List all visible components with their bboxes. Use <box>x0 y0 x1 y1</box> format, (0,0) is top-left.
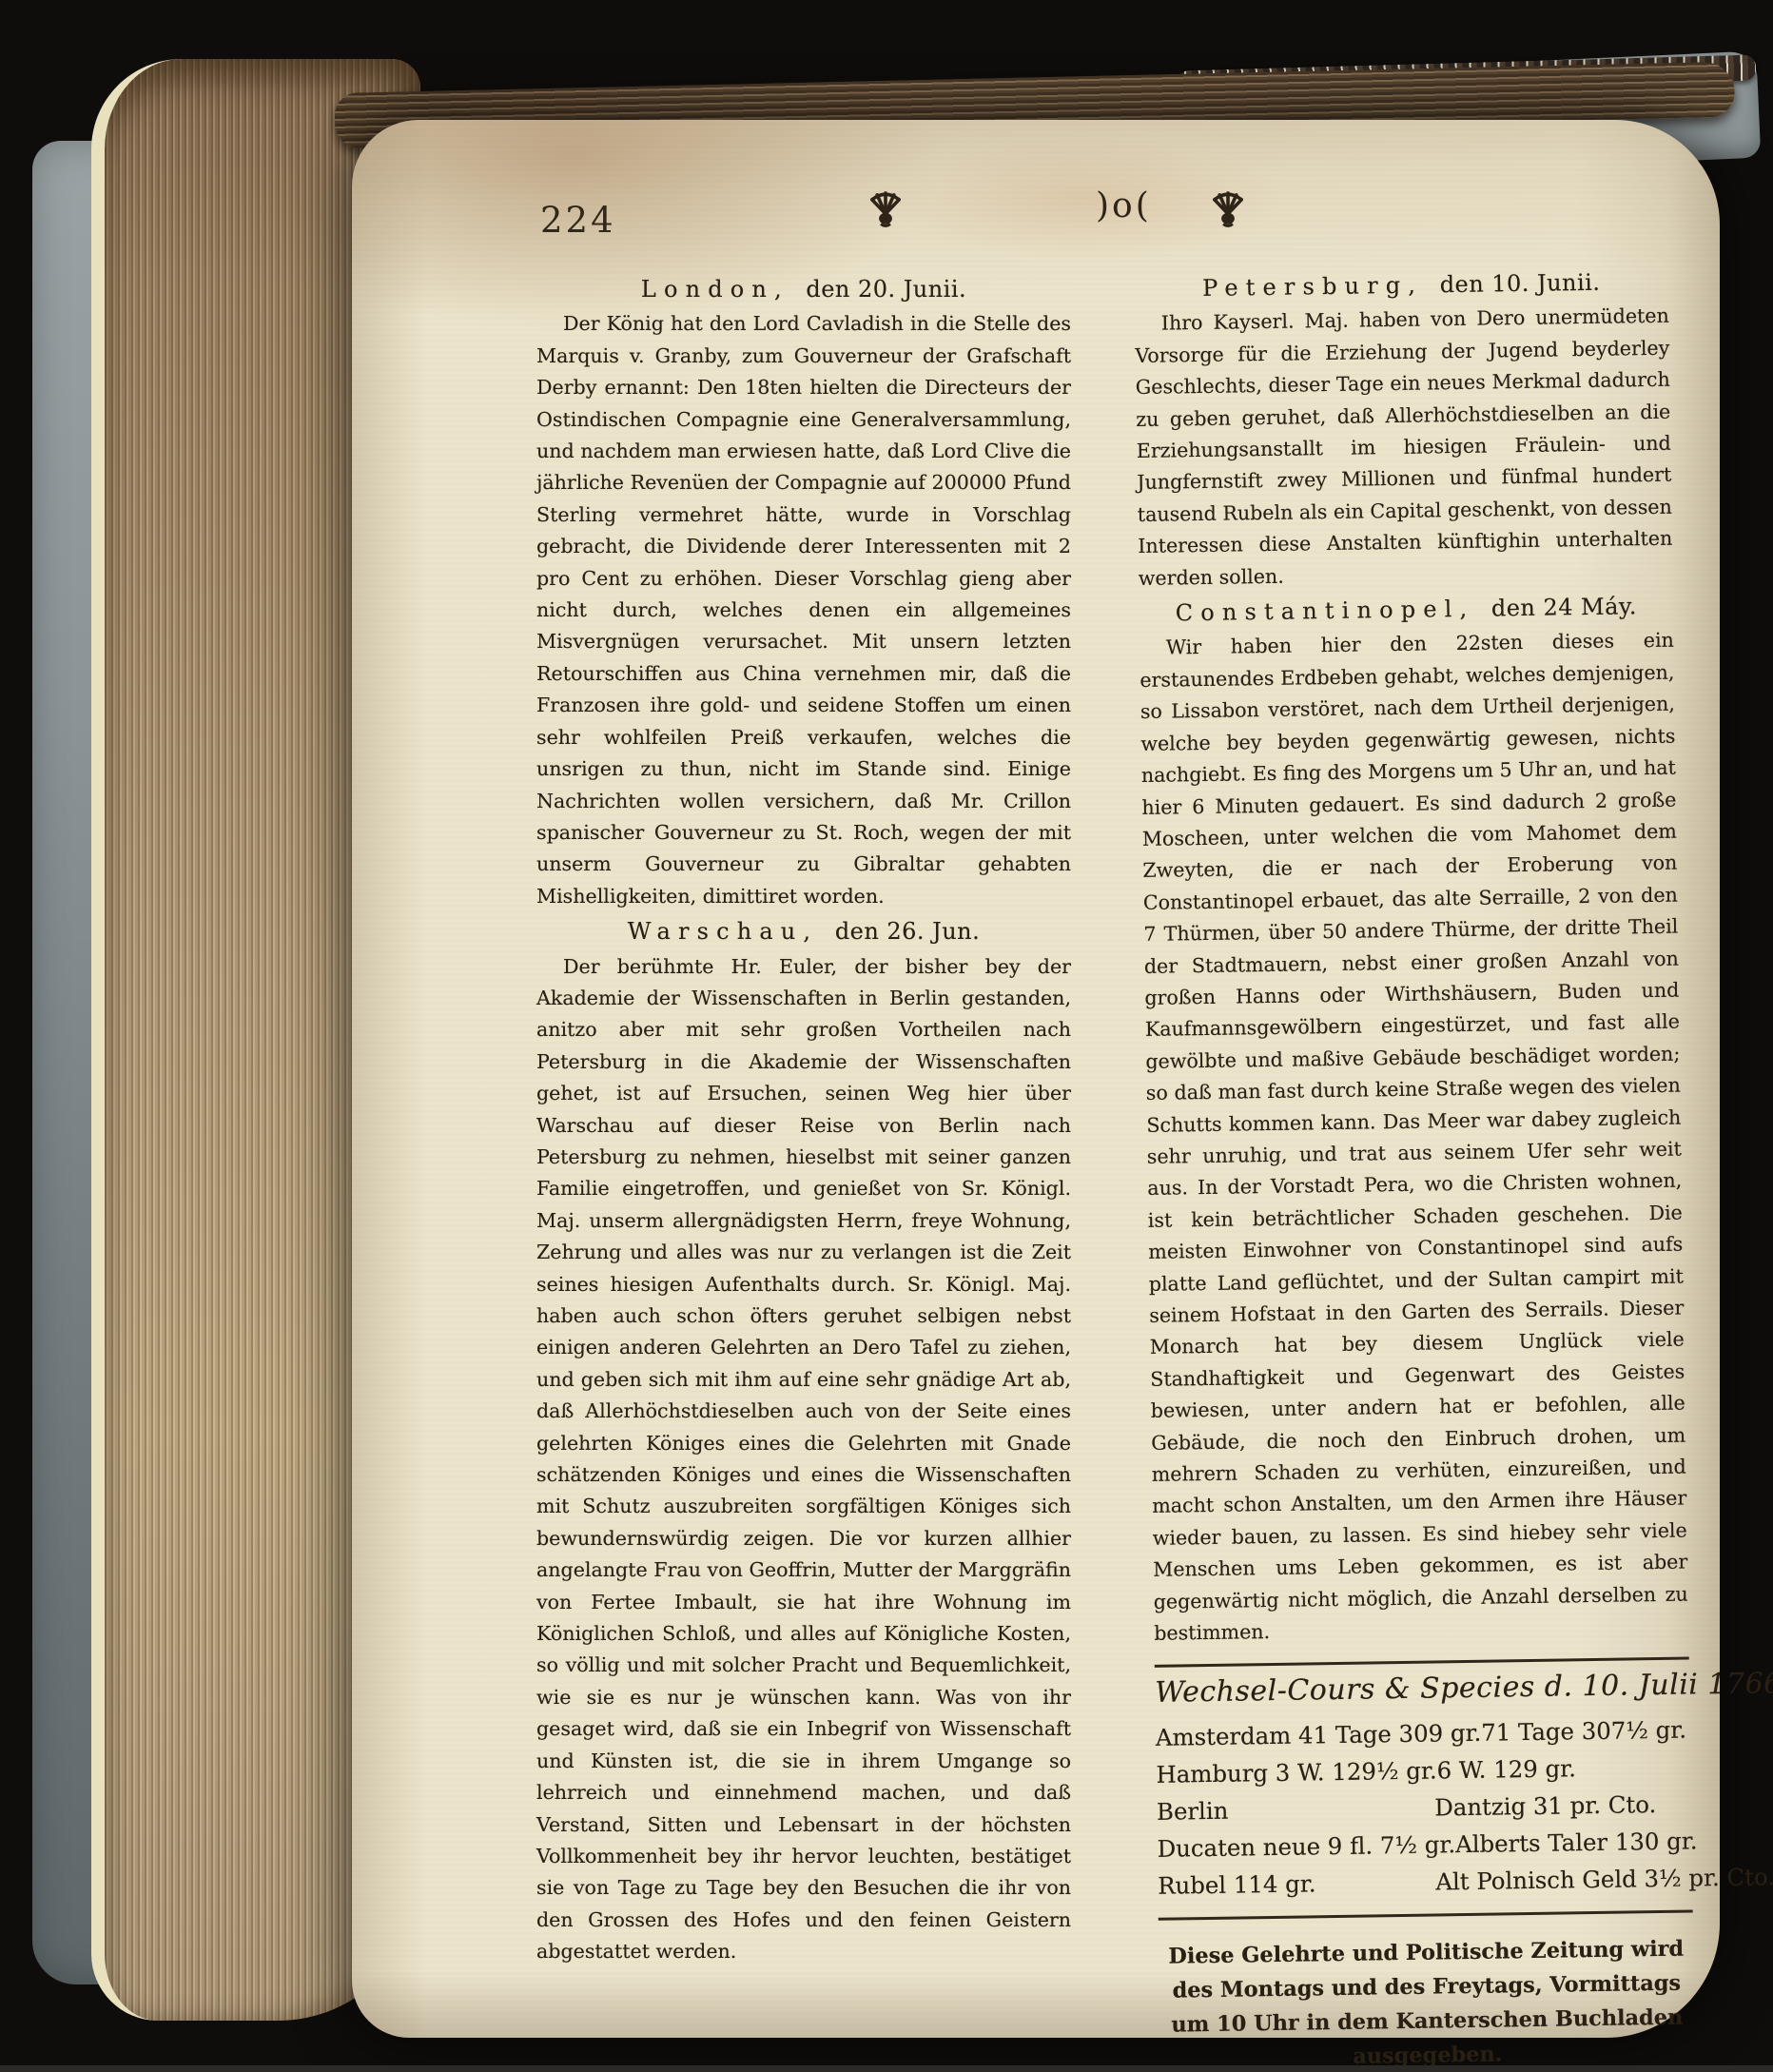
publication-notice: Diese Gelehrte und Politische Zeitung wi… <box>1164 1931 1689 2072</box>
dateline-date: den 24 Máy. <box>1491 593 1637 621</box>
article-dateline: Warschau, den 26. Jun. <box>536 916 1071 948</box>
book-scan: 224 )o( <box>0 0 1773 2072</box>
exchange-table: Amsterdam 41 Tage 309 gr. 71 Tage 307½ g… <box>1156 1710 1693 1904</box>
article-petersburg: Petersburg, den 10. Junii. Ihro Kayserl.… <box>1134 266 1673 595</box>
dateline-city: Warschau, <box>628 918 818 945</box>
dateline-city: Petersburg, <box>1202 271 1423 301</box>
dateline-date: den 10. Junii. <box>1440 269 1601 298</box>
exchange-cell: 71 Tage 307½ gr. <box>1481 1710 1690 1750</box>
article-body: Wir haben hier den 22sten dieses ein ers… <box>1140 625 1689 1650</box>
exchange-cell: Alt Polnisch Geld 3½ pr. Cto. <box>1435 1858 1773 1900</box>
article-dateline: Constantinopel, den 24 Máy. <box>1139 591 1673 631</box>
section-divider-mark: )o( <box>1096 186 1152 225</box>
exchange-cell: Dantzig 31 pr. Cto. <box>1434 1785 1691 1826</box>
exchange-cell: Ducaten neue 9 fl. 7½ gr. <box>1157 1826 1455 1867</box>
exchange-row: Rubel 114 gr. Alt Polnisch Geld 3½ pr. C… <box>1158 1859 1693 1904</box>
divider-rule <box>1159 1909 1693 1920</box>
article-dateline: Petersburg, den 10. Junii. <box>1134 266 1668 306</box>
article-body: Der König hat den Lord Cavladish in die … <box>536 308 1071 912</box>
article-warschau: Warschau, den 26. Jun. Der berühmte Hr. … <box>536 916 1071 1967</box>
dateline-city: Constantinopel, <box>1176 596 1475 627</box>
book-page: 224 )o( <box>352 120 1720 2038</box>
dateline-date: den 26. Jun. <box>835 918 980 945</box>
scan-background: { "page": { "number": "224", "ornament_m… <box>0 0 1773 2072</box>
article-body: Der berühmte Hr. Euler, der bisher bey d… <box>536 951 1071 1968</box>
divider-rule <box>1155 1657 1689 1668</box>
dateline-date: den 20. Junii. <box>806 276 966 303</box>
article-constantinopel: Constantinopel, den 24 Máy. Wir haben hi… <box>1139 591 1688 1651</box>
article-dateline: London, den 20. Junii. <box>536 274 1071 305</box>
left-column: London, den 20. Junii. Der König hat den… <box>536 270 1071 1968</box>
dateline-city: London, <box>641 276 789 303</box>
right-column: Petersburg, den 10. Junii. Ihro Kayserl.… <box>1134 263 1695 2072</box>
exchange-cell: Hamburg 3 W. 129½ gr. <box>1156 1751 1437 1792</box>
exchange-cell: Amsterdam 41 Tage 309 gr. <box>1156 1714 1482 1756</box>
exchange-cell: Rubel 114 gr. <box>1158 1863 1436 1904</box>
exchange-cell: 6 W. 129 gr. <box>1436 1748 1690 1789</box>
shell-ornament-icon <box>1206 188 1250 232</box>
exchange-title: Wechsel-Cours & Species d. 10. Julii 176… <box>1155 1670 1689 1710</box>
article-body: Ihro Kayserl. Maj. haben von Dero unermü… <box>1135 301 1673 595</box>
scan-edge <box>0 2065 1773 2072</box>
exchange-cell: Alberts Taler 130 gr. <box>1455 1822 1698 1863</box>
page-number: 224 <box>540 200 616 241</box>
shell-ornament-icon <box>864 188 907 232</box>
article-london: London, den 20. Junii. Der König hat den… <box>536 274 1071 912</box>
exchange-cell: Berlin <box>1157 1789 1435 1829</box>
